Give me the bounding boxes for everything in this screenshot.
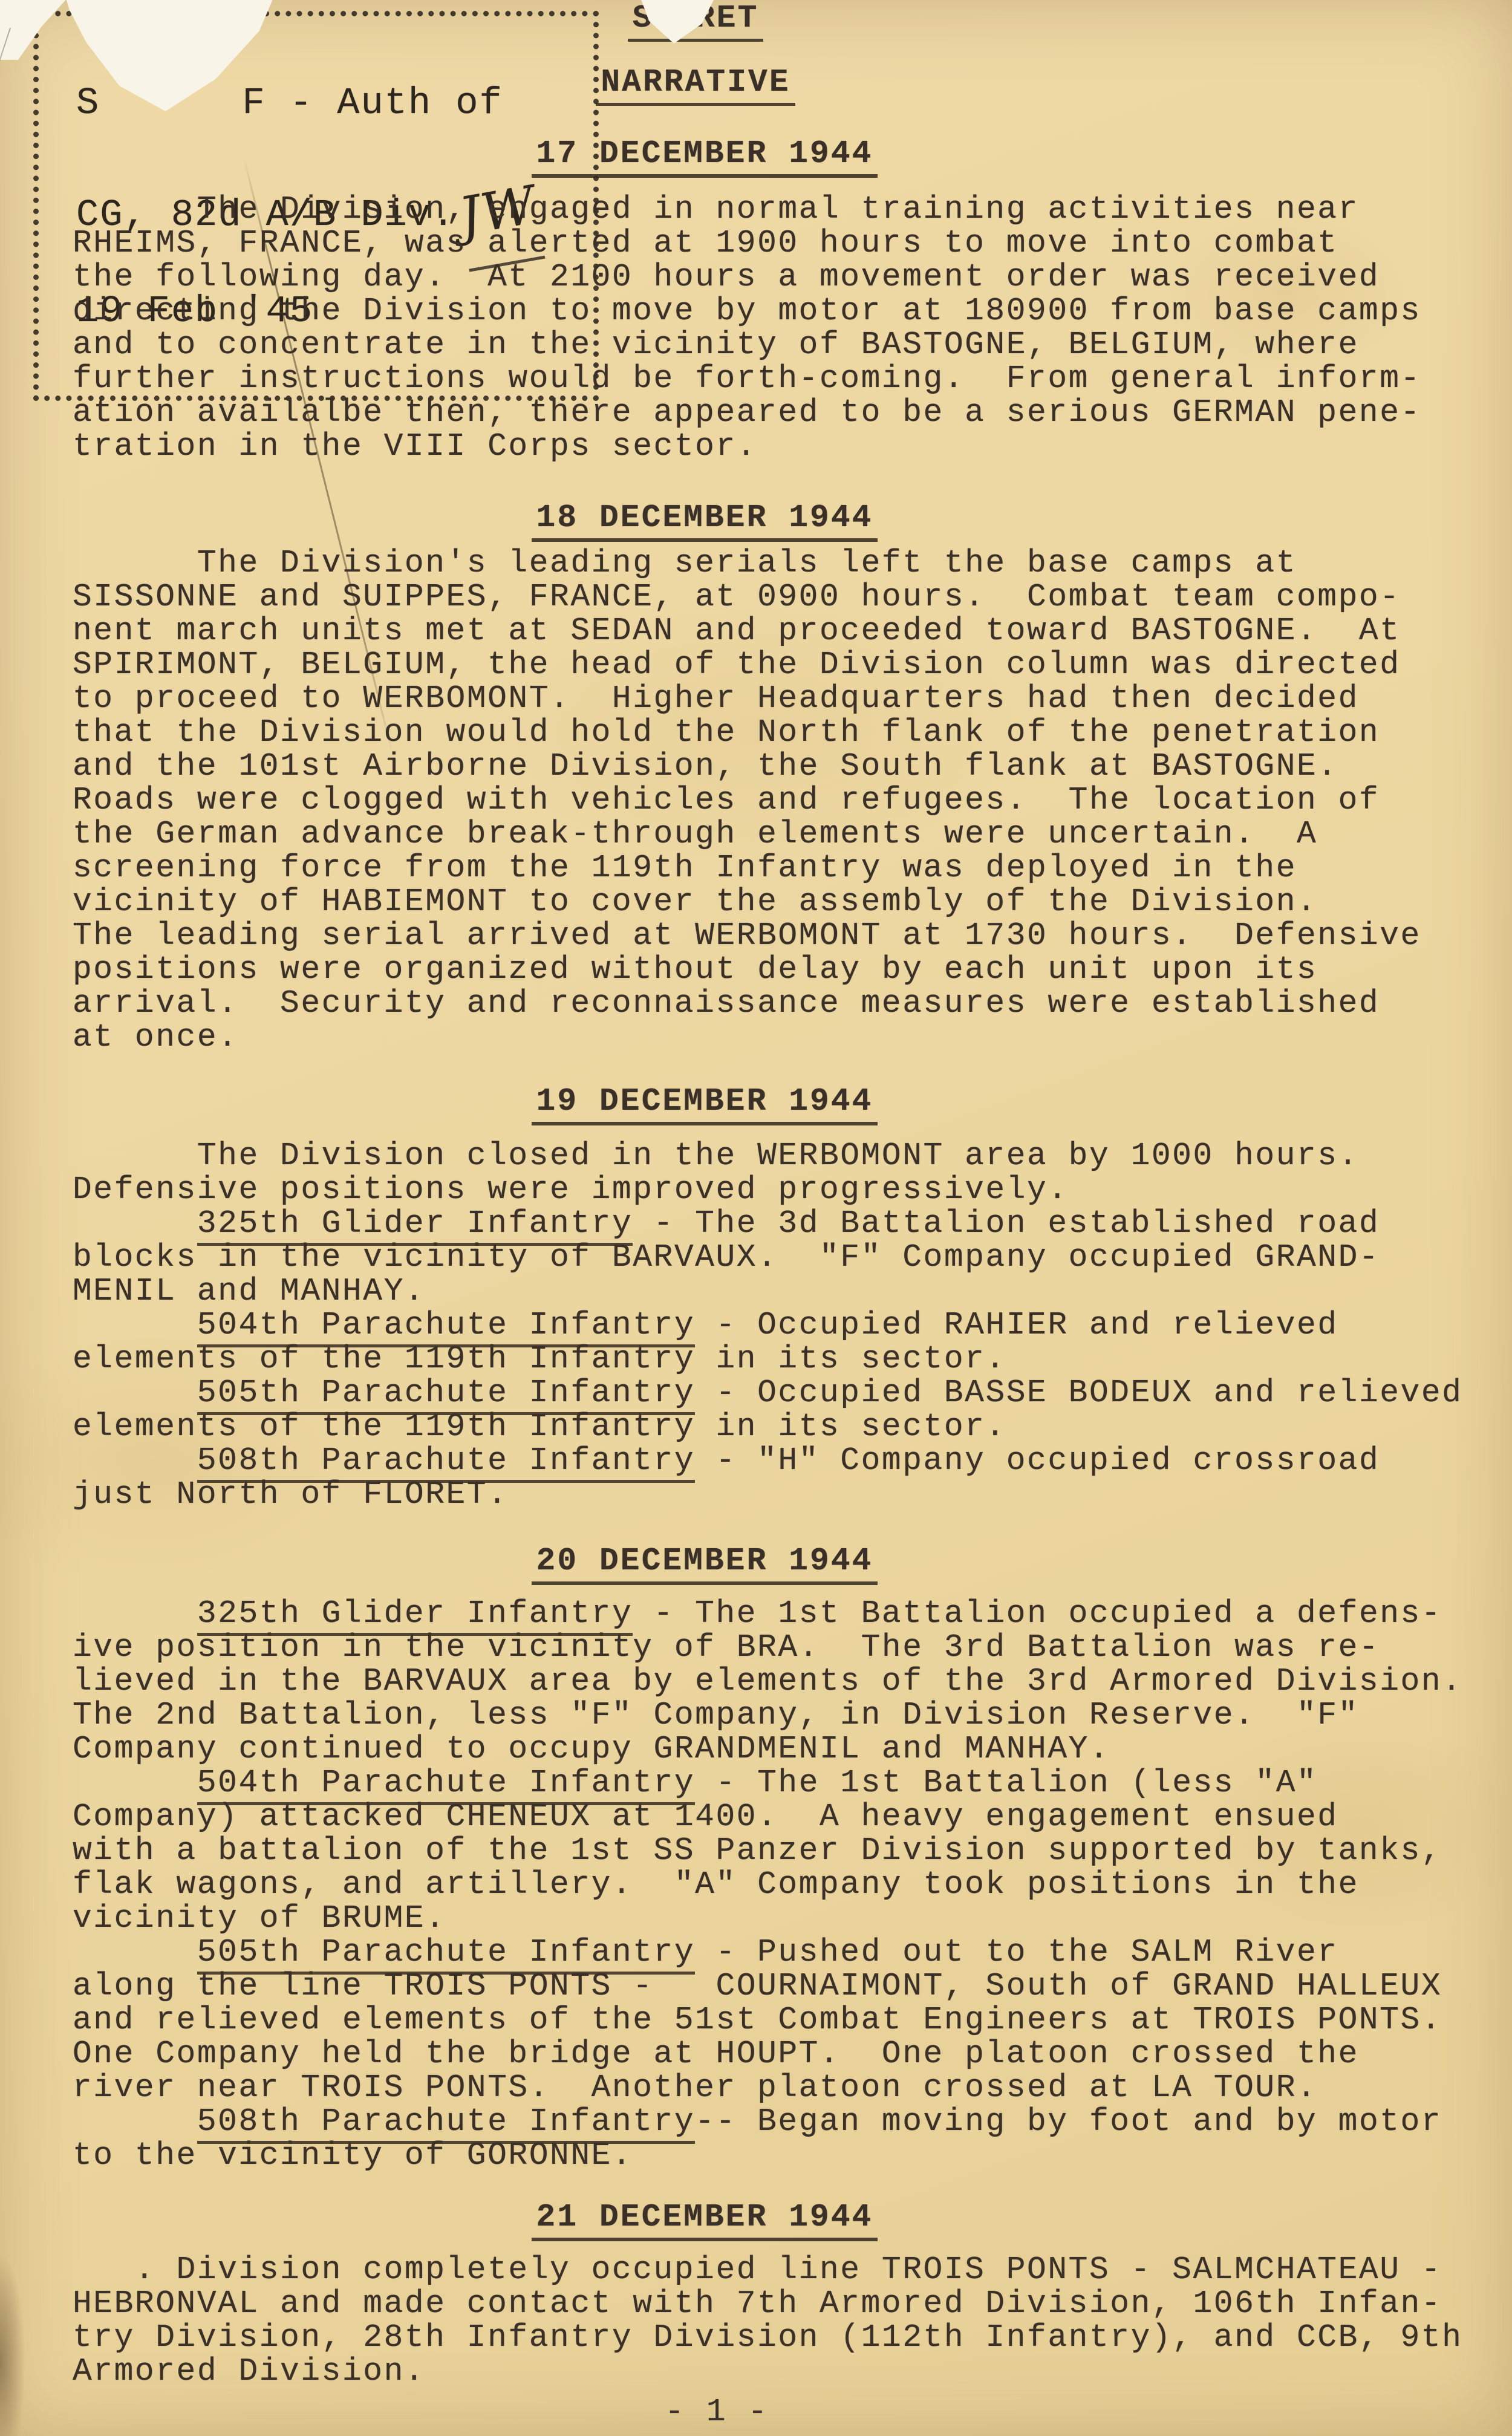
text-segment: The leading serial arrived at WERBOMONT … <box>73 917 1421 954</box>
text-line: Company continued to occupy GRANDMENIL a… <box>73 1732 1462 1766</box>
text-line: nent march units met at SEDAN and procee… <box>73 614 1421 648</box>
text-segment: - Occupied BASSE BODEUX and relieved <box>695 1375 1462 1411</box>
text-line: to proceed to WERBOMONT. Higher Headquar… <box>73 682 1421 715</box>
text-segment: - The 3d Battalion established road <box>633 1205 1380 1242</box>
text-segment: The 2nd Battalion, less "F" Company, in … <box>73 1697 1359 1733</box>
text-line: ation availalbe then, there appeared to … <box>73 396 1421 429</box>
text-segment: SISSONNE and SUIPPES, FRANCE, at 0900 ho… <box>73 579 1401 615</box>
text-segment: - Pushed out to the SALM River <box>695 1934 1338 1970</box>
text-line: 504th Parachute Infantry - The 1st Batta… <box>73 1766 1462 1800</box>
text-segment: The Division's leading serials left the … <box>73 545 1297 581</box>
text-line: One Company held the bridge at HOUPT. On… <box>73 2037 1462 2071</box>
text-line: elements of the 119th Infantry in its se… <box>73 1410 1462 1444</box>
text-line: and to concentrate in the vicinity of BA… <box>73 328 1421 362</box>
text-line: SPIRIMONT, BELGIUM, the head of the Divi… <box>73 648 1421 682</box>
text-line: lieved in the BARVAUX area by elements o… <box>73 1664 1462 1698</box>
text-line: 508th Parachute Infantry-- Began moving … <box>73 2105 1462 2138</box>
text-line: with a battalion of the 1st SS Panzer Di… <box>73 1834 1462 1868</box>
text-line: and relieved elements of the 51st Combat… <box>73 2003 1462 2037</box>
text-segment: Company) attacked CHENEUX at 1400. A hea… <box>73 1799 1338 1835</box>
text-segment: Company continued to occupy GRANDMENIL a… <box>73 1731 1110 1767</box>
text-segment: . Division completely occupied line TROI… <box>73 2252 1442 2288</box>
text-segment: river near TROIS PONTS. Another platoon … <box>73 2070 1317 2106</box>
text-line: 505th Parachute Infantry - Occupied BASS… <box>73 1376 1462 1410</box>
date-heading: 17 DECEMBER 1944 <box>532 137 878 178</box>
text-segment: to proceed to WERBOMONT. Higher Headquar… <box>73 680 1359 717</box>
text-segment: arrival. Security and reconnaissance mea… <box>73 985 1380 1021</box>
text-segment: ation availalbe then, there appeared to … <box>73 394 1421 431</box>
text-line: vicinity of HABIEMONT to cover the assem… <box>73 885 1421 919</box>
text-segment: and to concentrate in the vicinity of BA… <box>73 327 1359 363</box>
text-line: The 2nd Battalion, less "F" Company, in … <box>73 1698 1462 1732</box>
date-heading: 20 DECEMBER 1944 <box>532 1544 878 1585</box>
section-body-18-dec: The Division's leading serials left the … <box>73 546 1421 1054</box>
text-line: Company) attacked CHENEUX at 1400. A hea… <box>73 1800 1462 1834</box>
text-line: The Division closed in the WERBOMONT are… <box>73 1139 1462 1173</box>
text-segment <box>73 1934 197 1970</box>
text-line: Defensive positions were improved progre… <box>73 1173 1462 1207</box>
text-line: 508th Parachute Infantry - "H" Company o… <box>73 1444 1462 1477</box>
text-line: directing the Division to move by motor … <box>73 294 1421 328</box>
text-line: screening force from the 119th Infantry … <box>73 851 1421 885</box>
text-segment: flak wagons, and artillery. "A" Company … <box>73 1866 1359 1903</box>
text-segment: - The 1st Battalion (less "A" <box>695 1765 1317 1801</box>
document-type-label: NARRATIVE <box>596 65 795 106</box>
text-segment: The Division closed in the WERBOMONT are… <box>73 1138 1359 1174</box>
text-segment <box>73 1205 197 1242</box>
text-line: and the 101st Airborne Division, the Sou… <box>73 749 1421 783</box>
section-body-20-dec: 325th Glider Infantry - The 1st Battalio… <box>73 1597 1462 2172</box>
section-heading-21-dec: 21 DECEMBER 1944 <box>0 2200 1409 2241</box>
text-segment: - "H" Company occupied crossroad <box>695 1442 1380 1479</box>
text-segment <box>73 1595 197 1632</box>
text-line: RHEIMS, FRANCE, was alerted at 1900 hour… <box>73 226 1421 260</box>
text-segment: further instructions would be forth-comi… <box>73 360 1421 397</box>
text-line: HEBRONVAL and made contact with 7th Armo… <box>73 2287 1462 2320</box>
text-line: arrival. Security and reconnaissance mea… <box>73 986 1421 1020</box>
text-segment: tration in the VIII Corps sector. <box>73 428 757 464</box>
text-line: at once. <box>73 1020 1421 1054</box>
date-heading: 18 DECEMBER 1944 <box>532 501 878 542</box>
text-segment: HEBRONVAL and made contact with 7th Armo… <box>73 2285 1442 2322</box>
text-segment: ive position in the vicinity of BRA. The… <box>73 1629 1380 1666</box>
text-line: vicinity of BRUME. <box>73 1901 1462 1935</box>
text-line: elements of the 119th Infantry in its se… <box>73 1342 1462 1376</box>
text-segment: to the vicinity of GORONNE. <box>73 2137 633 2174</box>
text-line: ive position in the vicinity of BRA. The… <box>73 1630 1462 1664</box>
text-line: The Division's leading serials left the … <box>73 546 1421 580</box>
text-segment: blocks in the vicinity of BARVAUX. "F" C… <box>73 1239 1380 1275</box>
text-segment: with a battalion of the 1st SS Panzer Di… <box>73 1832 1442 1869</box>
text-segment: SPIRIMONT, BELGIUM, the head of the Divi… <box>73 646 1401 683</box>
text-segment <box>73 1375 197 1411</box>
text-segment: and relieved elements of the 51st Combat… <box>73 2002 1442 2038</box>
text-line: Armored Division. <box>73 2354 1462 2388</box>
text-segment: and the 101st Airborne Division, the Sou… <box>73 748 1338 784</box>
text-segment: screening force from the 119th Infantry … <box>73 850 1297 886</box>
text-segment: - The 1st Battalion occupied a defens- <box>633 1595 1442 1632</box>
text-line: try Division, 28th Infantry Division (11… <box>73 2320 1462 2354</box>
section-heading-19-dec: 19 DECEMBER 1944 <box>0 1084 1409 1125</box>
text-line: . Division completely occupied line TROI… <box>73 2253 1462 2287</box>
text-line: MENIL and MANHAY. <box>73 1274 1462 1308</box>
date-heading: 19 DECEMBER 1944 <box>532 1084 878 1125</box>
text-segment: -- Began moving by foot and by motor <box>695 2103 1442 2140</box>
text-segment: the German advance break-through element… <box>73 816 1317 852</box>
text-segment: try Division, 28th Infantry Division (11… <box>73 2319 1462 2356</box>
text-segment <box>73 1765 197 1801</box>
text-line: flak wagons, and artillery. "A" Company … <box>73 1868 1462 1901</box>
text-segment: that the Division would hold the North f… <box>73 714 1380 751</box>
text-line: just North of FLORET. <box>73 1477 1462 1511</box>
text-segment: at once. <box>73 1019 238 1055</box>
text-line: The leading serial arrived at WERBOMONT … <box>73 919 1421 953</box>
text-segment: nent march units met at SEDAN and procee… <box>73 613 1401 649</box>
text-line: river near TROIS PONTS. Another platoon … <box>73 2071 1462 2105</box>
text-line: 325th Glider Infantry - The 3d Battalion… <box>73 1207 1462 1240</box>
document-page: S F - Auth of CG, 82d A/B Div.JW 19 Feb … <box>0 0 1512 2436</box>
text-segment: directing the Division to move by motor … <box>73 293 1421 329</box>
text-line: that the Division would hold the North f… <box>73 715 1421 749</box>
text-segment: elements of the 119th Infantry in its se… <box>73 1409 1006 1445</box>
text-line: to the vicinity of GORONNE. <box>73 2138 1462 2172</box>
text-line: 505th Parachute Infantry - Pushed out to… <box>73 1935 1462 1969</box>
text-line: along the line TROIS PONTS - COURNAIMONT… <box>73 1969 1462 2003</box>
section-body-19-dec: The Division closed in the WERBOMONT are… <box>73 1139 1462 1511</box>
section-heading-20-dec: 20 DECEMBER 1944 <box>0 1544 1409 1585</box>
section-body-21-dec: . Division completely occupied line TROI… <box>73 2253 1462 2388</box>
text-segment: elements of the 119th Infantry in its se… <box>73 1341 1006 1377</box>
text-segment: One Company held the bridge at HOUPT. On… <box>73 2036 1359 2072</box>
text-segment: vicinity of HABIEMONT to cover the assem… <box>73 884 1317 920</box>
text-segment: The Division, engaged in normal training… <box>73 191 1359 227</box>
text-segment <box>73 1442 197 1479</box>
text-segment: Armored Division. <box>73 2353 425 2389</box>
text-line: further instructions would be forth-comi… <box>73 362 1421 396</box>
date-heading: 21 DECEMBER 1944 <box>532 2200 878 2241</box>
text-segment: Roads were clogged with vehicles and ref… <box>73 782 1380 818</box>
text-segment: MENIL and MANHAY. <box>73 1273 425 1309</box>
text-segment: positions were organized without delay b… <box>73 951 1317 988</box>
text-line: positions were organized without delay b… <box>73 953 1421 986</box>
section-body-17-dec: The Division, engaged in normal training… <box>73 192 1421 463</box>
text-segment <box>73 1307 197 1343</box>
text-line: The Division, engaged in normal training… <box>73 192 1421 226</box>
text-segment: just North of FLORET. <box>73 1476 508 1513</box>
text-segment <box>73 2103 197 2140</box>
text-line: tration in the VIII Corps sector. <box>73 429 1421 463</box>
text-segment: - Occupied RAHIER and relieved <box>695 1307 1338 1343</box>
text-segment: Defensive positions were improved progre… <box>73 1171 1069 1208</box>
text-segment: lieved in the BARVAUX area by elements o… <box>73 1663 1462 1699</box>
text-line: blocks in the vicinity of BARVAUX. "F" C… <box>73 1240 1462 1274</box>
section-heading-18-dec: 18 DECEMBER 1944 <box>0 501 1409 542</box>
text-line: the German advance break-through element… <box>73 817 1421 851</box>
text-line: 504th Parachute Infantry - Occupied RAHI… <box>73 1308 1462 1342</box>
text-line: SISSONNE and SUIPPES, FRANCE, at 0900 ho… <box>73 580 1421 614</box>
text-line: 325th Glider Infantry - The 1st Battalio… <box>73 1597 1462 1630</box>
section-heading-17-dec: 17 DECEMBER 1944 <box>0 137 1409 178</box>
text-line: the following day. At 2100 hours a movem… <box>73 260 1421 294</box>
text-segment: vicinity of BRUME. <box>73 1900 446 1936</box>
text-line: Roads were clogged with vehicles and ref… <box>73 783 1421 817</box>
text-segment: the following day. At 2100 hours a movem… <box>73 259 1380 295</box>
page-number: - 1 - <box>0 2394 1433 2430</box>
text-segment: along the line TROIS PONTS - COURNAIMONT… <box>73 1968 1442 2004</box>
